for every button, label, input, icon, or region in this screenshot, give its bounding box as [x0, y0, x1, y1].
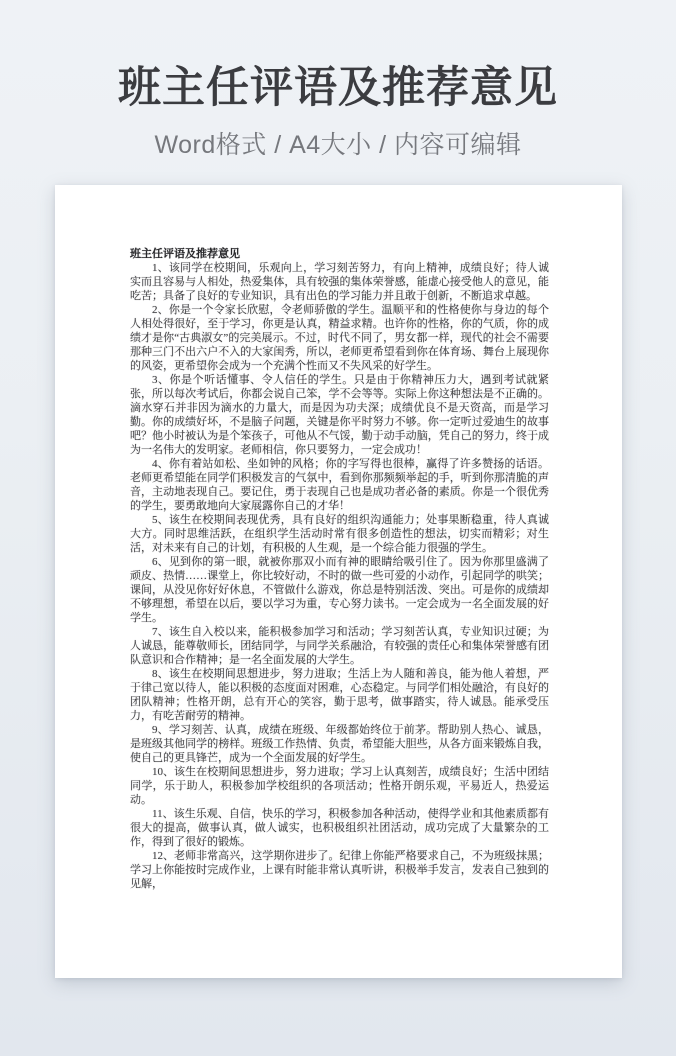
document-paragraph: 4、你有着站如松、坐如钟的风格；你的字写得也很棒，赢得了许多赞扬的话语。老师更希… [130, 457, 549, 513]
document-paragraph: 9、学习刻苦、认真，成绩在班级、年级都始终位于前茅。帮助别人热心、诚恳，是班级其… [130, 723, 549, 765]
document-paragraph: 3、你是个听话懂事、令人信任的学生。只是由于你精神压力大，遇到考试就紧张，所以每… [130, 373, 549, 457]
document-page-preview: 班主任评语及推荐意见 1、该同学在校期间，乐观向上，学习刻苦努力，有向上精神，成… [55, 185, 622, 978]
document-paragraph: 8、该生在校期间思想进步，努力进取；生活上为人随和善良，能为他人着想，严于律己宽… [130, 667, 549, 723]
document-paragraph: 7、该生自入校以来，能积极参加学习和活动；学习刻苦认真，专业知识过硬；为人诚恳，… [130, 625, 549, 667]
document-title: 班主任评语及推荐意见 [130, 247, 549, 261]
document-paragraph: 6、见到你的第一眼，就被你那双小而有神的眼睛给吸引住了。因为你那里盛满了顽皮、热… [130, 555, 549, 625]
document-content: 班主任评语及推荐意见 1、该同学在校期间，乐观向上，学习刻苦努力，有向上精神，成… [130, 247, 549, 891]
document-paragraph: 11、该生乐观、自信，快乐的学习，积极参加各种活动，使得学业和其他素质都有很大的… [130, 807, 549, 849]
document-paragraph: 5、该生在校期间表现优秀，具有良好的组织沟通能力；处事果断稳重，待人真诚大方。同… [130, 513, 549, 555]
preview-header: 班主任评语及推荐意见 Word格式 / A4大小 / 内容可编辑 [0, 0, 676, 161]
document-paragraph: 12、老师非常高兴，这学期你进步了。纪律上你能严格要求自己，不为班级抹黑；学习上… [130, 849, 549, 891]
document-paragraph: 10、该生在校期间思想进步，努力进取；学习上认真刻苦，成绩良好；生活中团结同学，… [130, 765, 549, 807]
page-title: 班主任评语及推荐意见 [0, 64, 676, 113]
document-paragraph: 1、该同学在校期间，乐观向上，学习刻苦努力，有向上精神，成绩良好；待人诚实而且容… [130, 261, 549, 303]
document-paragraph: 2、你是一个令家长欣慰，令老师骄傲的学生。温顺平和的性格使你与身边的每个人相处得… [130, 303, 549, 373]
page-subtitle: Word格式 / A4大小 / 内容可编辑 [0, 125, 676, 161]
document-paragraphs: 1、该同学在校期间，乐观向上，学习刻苦努力，有向上精神，成绩良好；待人诚实而且容… [130, 261, 549, 891]
